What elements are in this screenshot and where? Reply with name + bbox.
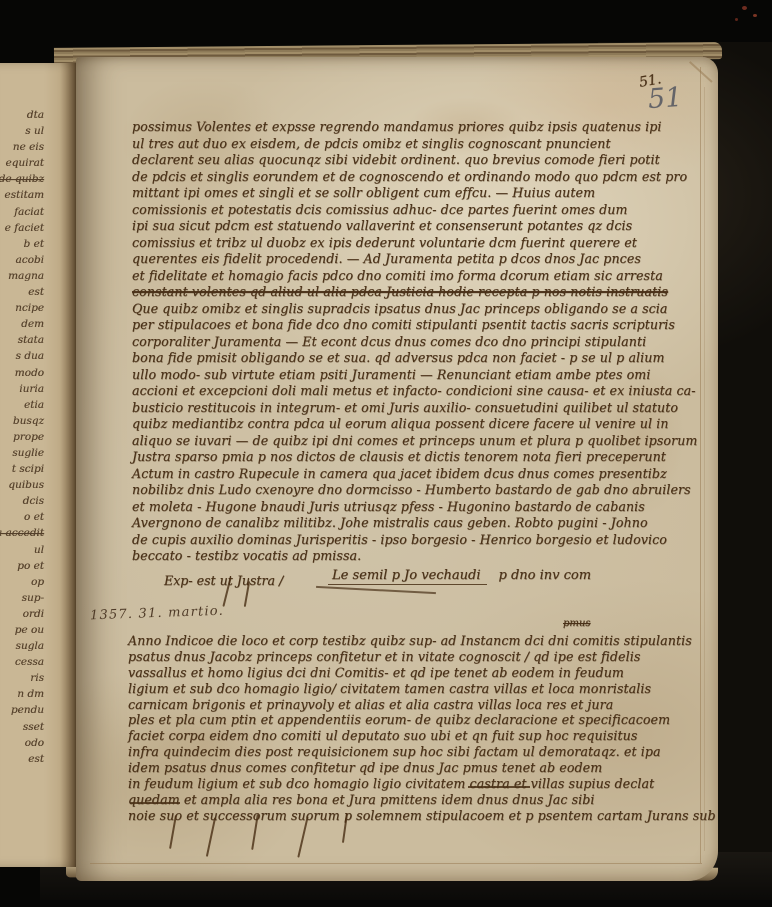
margin-fragment: sup-: [22, 590, 44, 606]
text-line: possimus Volentes et expsse regrendo man…: [132, 119, 680, 136]
text-line: in feudum ligium et sub dco homagio ligi…: [128, 776, 680, 792]
margin-fragment: quibus: [8, 477, 44, 493]
margin-fragment: cessa: [15, 654, 44, 670]
text-line: ipi sua sicut pdcm est statuendo vallave…: [132, 218, 680, 235]
interlinear-note: pmus: [563, 618, 590, 629]
margin-fragment: s dua: [16, 348, 44, 364]
margin-fragment: dcis: [23, 493, 44, 509]
text-line: infra quindecim dies post requisicionem …: [128, 744, 680, 760]
margin-fragment: magna: [8, 268, 44, 284]
margin-fragment: sset: [23, 719, 44, 735]
margin-fragment: equirat: [5, 155, 44, 171]
text-line: per stipulacoes et bona fide dco dno com…: [132, 317, 680, 334]
text-line: beccato - testibz vocatis ad pmissa.: [132, 548, 680, 565]
page-corner-fold: [689, 61, 712, 82]
margin-fragment: prope: [13, 429, 44, 445]
red-speck: [742, 6, 747, 10]
margin-fragment: dem: [21, 316, 44, 332]
margin-fragment: stata: [18, 332, 44, 348]
text-line: ligium et sub dco homagio ligio/ civitat…: [128, 681, 680, 697]
text-line: carnicam brigonis et prinayvoly et alias…: [128, 697, 680, 713]
margin-fragment: suglie: [12, 445, 44, 461]
signature-text: Le semil p Jo vechaudi: [328, 568, 487, 585]
margin-fragment: est: [28, 751, 44, 767]
folio-number-pencil: 51: [647, 82, 683, 115]
margin-fragment: acobi: [15, 252, 44, 268]
text-line: et fidelitate et homagio facis pdco dno …: [132, 268, 680, 285]
page-crease: [700, 67, 702, 863]
margin-fragments-column: dtas ulne eisequiratde quibzestitamfacia…: [0, 107, 46, 767]
notary-signature-line: Le semil p Jo vechaudip dno inv com: [328, 568, 591, 583]
text-line: accioni et excepcioni doli mali metus et…: [132, 383, 680, 400]
text-line: corporaliter Juramenta — Et econt dcus d…: [132, 334, 680, 351]
text-line: et moleta - Hugone bnaudi Juris utriusqz…: [132, 499, 680, 516]
margin-fragment: s ul: [25, 123, 44, 139]
manuscript-page: 51. 51 possimus Volentes et expsse regre…: [76, 57, 718, 881]
text-line: faciet corpa eidem dno comiti ul deputat…: [128, 728, 680, 744]
word-strike-mark: [468, 786, 530, 788]
red-speck: [753, 14, 757, 17]
margin-fragment: ne eis: [13, 139, 44, 155]
margin-fragment: est: [28, 284, 44, 300]
previous-folio-edge: dtas ulne eisequiratde quibzestitamfacia…: [0, 63, 78, 867]
margin-fragment: faciat: [14, 204, 44, 220]
margin-fragment: ncipe: [15, 300, 44, 316]
text-line: bona fide pmisit obligando se et sua. qd…: [132, 350, 680, 367]
paragraph-1: possimus Volentes et expsse regrendo man…: [132, 119, 680, 565]
margin-fragment: t scipi: [12, 461, 44, 477]
text-line: Que quibz omibz et singlis supradcis ips…: [132, 301, 680, 318]
margin-fragment: de quibz: [0, 171, 44, 187]
text-line: querentes eis fidelit procedendi. — Ad J…: [132, 251, 680, 268]
text-line: de pdcis et singlis eorundem et de cogno…: [132, 169, 680, 186]
text-line: constant volentes qd aliud ul alia pdca …: [132, 284, 680, 301]
margin-fragment: sugla: [16, 638, 45, 654]
paragraph-2: Anno Indicoe die loco et corp testibz qu…: [128, 633, 680, 824]
text-line: ul tres aut duo ex eisdem, de pdcis omib…: [132, 136, 680, 153]
word-strike-mark: [130, 802, 180, 804]
margin-fragment: dta: [27, 107, 44, 123]
margin-fragment: odo: [25, 735, 44, 751]
margin-fragment: etia: [24, 397, 44, 413]
closing-note: Exp- est ut Justra /: [164, 573, 283, 588]
text-line: Actum in castro Rupecule in camera qua j…: [132, 466, 680, 483]
text-line: de cupis auxilio dominas Jurisperitis - …: [132, 532, 680, 549]
text-line: Justra sparso pmia p nos dictos de claus…: [132, 449, 680, 466]
margin-fragment: e faciet: [5, 220, 44, 236]
margin-fragment: po et: [17, 558, 44, 574]
text-line: comissius et tribz ul duobz ex ipis dede…: [132, 235, 680, 252]
margin-fragment: ris: [30, 670, 44, 686]
text-line: psatus dnus Jacobz princeps confitetur e…: [128, 649, 680, 665]
margin-fragment: b et: [24, 236, 45, 252]
date-annotation: 1357. 31. martio.: [90, 604, 224, 624]
text-line: mittant ipi omes et singli et se sollr o…: [132, 185, 680, 202]
margin-fragment: modo: [15, 365, 44, 381]
margin-fragment: busqz: [13, 413, 44, 429]
margin-fragment: pe ou: [15, 622, 44, 638]
text-line: quibz mediantibz contra pdca ul eorum al…: [132, 416, 680, 433]
margin-fragment: op: [31, 574, 44, 590]
text-line: busticio restitucois in integrum- et omi…: [132, 400, 680, 417]
text-line: ples et pla cum ptin et appendentiis eor…: [128, 712, 680, 728]
signature-suffix: p dno inv com: [499, 568, 592, 583]
margin-fragment: ordi: [23, 606, 44, 622]
text-line: comissionis et potestatis dcis comissius…: [132, 202, 680, 219]
manuscript-photo: dtas ulne eisequiratde quibzestitamfacia…: [0, 0, 772, 907]
margin-fragment: ul: [34, 542, 44, 558]
margin-fragment: pendu: [11, 702, 44, 718]
text-line: ullo modo- sub virtute etiam psiti Juram…: [132, 367, 680, 384]
text-line: aliquo se iuvari — de quibz ipi dni come…: [132, 433, 680, 450]
margin-fragment: o et: [24, 509, 44, 525]
text-line: Anno Indicoe die loco et corp testibz qu…: [128, 633, 680, 649]
margin-fragment: n dm: [17, 686, 44, 702]
text-line: quedam et ampla alia res bona et Jura pm…: [128, 792, 680, 808]
page-crease: [704, 87, 705, 851]
page-crease: [90, 863, 702, 865]
margin-fragment: iuria: [19, 381, 44, 397]
text-line: vassallus et homo ligius dci dni Comitis…: [128, 665, 680, 681]
text-line: idem psatus dnus comes confitetur qd ipe…: [128, 760, 680, 776]
margin-fragment: a accedit: [0, 525, 44, 541]
margin-fragment: estitam: [4, 187, 44, 203]
signature-flourish: [316, 586, 436, 594]
text-line: nobilibz dnis Ludo cxenoyre dno dormciss…: [132, 482, 680, 499]
text-line: noie suo et successorum suorum p solemne…: [128, 808, 680, 824]
text-line: Avergnono de canalibz militibz. Johe mis…: [132, 515, 680, 532]
red-speck: [735, 18, 738, 21]
text-line: declarent seu alias quocunqz sibi videbi…: [132, 152, 680, 169]
